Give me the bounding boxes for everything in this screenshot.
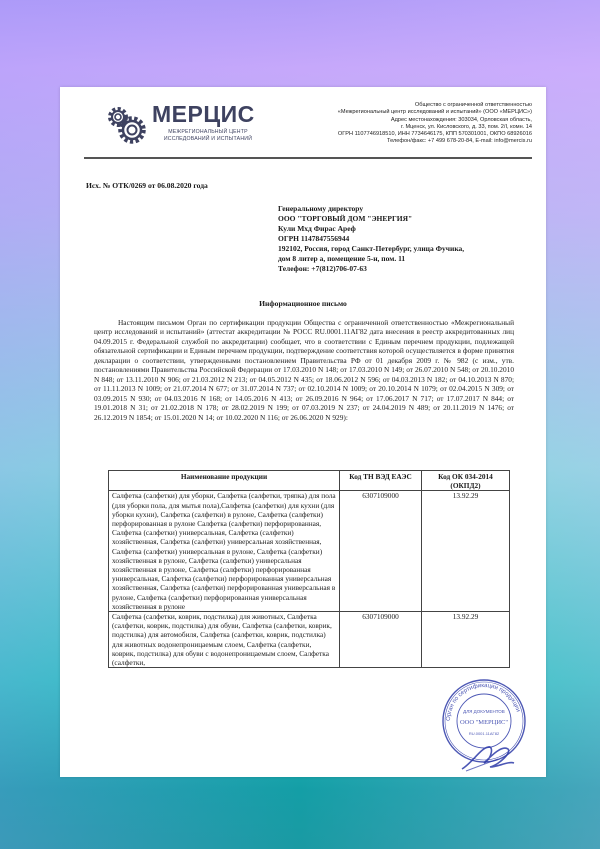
signature-icon [458,737,518,777]
table-row: Салфетка (салфетки, коврик, подстилка) д… [109,612,510,668]
requisites-line: Телефон/факс: +7 499 678-20-84, E-mail: … [232,138,532,145]
requisites-line: ОГРН 1107746918510, ИНН 7734646175, КПП … [232,131,532,138]
header-divider [84,157,532,159]
outgoing-reference: Исх. № ОТК/0269 от 06.08.2020 года [86,181,208,190]
product-name: Салфетка (салфетки) для уборки, Салфетка… [109,491,340,612]
column-header-name: Наименование продукции [109,471,340,491]
recipient-line: Кули Мхд Фирас Ареф [278,224,538,234]
requisites-line: Адрес местонахождения: 303034, Орловская… [232,117,532,124]
company-requisites: Общество с ограниченной ответственностью… [232,102,532,146]
svg-text:ДЛЯ ДОКУМЕНТОВ: ДЛЯ ДОКУМЕНТОВ [463,709,505,714]
recipient-line: Телефон: +7(812)706-07-63 [278,264,538,274]
column-header-okpd2: Код ОК 034-2014 (ОКПД2) [422,471,510,491]
recipient-line: ООО "ТОРГОВЫЙ ДОМ "ЭНЕРГИЯ" [278,214,538,224]
recipient-line: 192102, Россия, город Санкт-Петербург, у… [278,244,538,254]
recipient-line: ОГРН 1147847556944 [278,234,538,244]
requisites-line: г. Мценск, ул. Кисловского, д. 33, пом. … [232,124,532,131]
gears-icon [104,103,148,145]
requisites-line: «Межрегиональный центр исследований и ис… [232,109,532,116]
table-row: Салфетка (салфетки) для уборки, Салфетка… [109,491,510,612]
products-table: Наименование продукции Код ТН ВЭД ЕАЭС К… [108,470,510,668]
letter-title: Информационное письмо [60,299,546,308]
tn-ved-code: 6307109000 [340,612,422,668]
recipient-line: дом 8 литер а, помещение 5-н, пом. 11 [278,254,538,264]
column-header-tn-ved: Код ТН ВЭД ЕАЭС [340,471,422,491]
letter-body: Настоящим письмом Орган по сертификации … [94,318,514,422]
okpd2-code: 13.92.29 [422,491,510,612]
tn-ved-code: 6307109000 [340,491,422,612]
table-header-row: Наименование продукции Код ТН ВЭД ЕАЭС К… [109,471,510,491]
svg-text:ООО "МЕРЦИС": ООО "МЕРЦИС" [460,719,508,726]
product-name: Салфетка (салфетки, коврик, подстилка) д… [109,612,340,668]
svg-text:RU.0001.11АГ82: RU.0001.11АГ82 [469,731,500,736]
recipient-line: Генеральному директору [278,204,538,214]
okpd2-code: 13.92.29 [422,612,510,668]
recipient-block: Генеральному директору ООО "ТОРГОВЫЙ ДОМ… [278,204,538,274]
letter-document: МЕРЦИС Межрегиональный центр исследовани… [60,87,546,777]
